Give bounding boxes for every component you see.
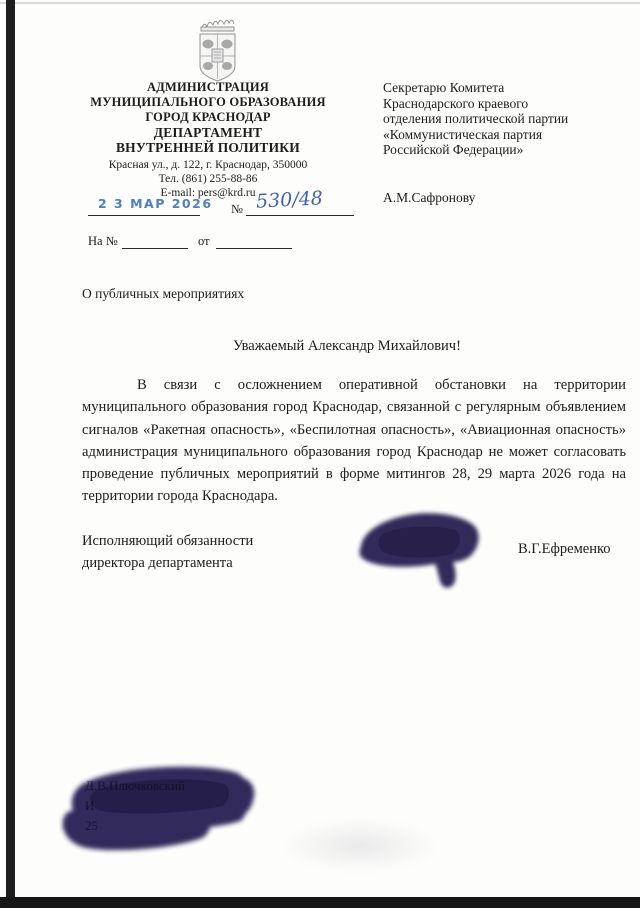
krasnodar-coat-of-arms-icon xyxy=(186,16,250,86)
org-name-line: ВНУТРЕННЕЙ ПОЛИТИКИ xyxy=(58,140,358,155)
recipient-line: отделения политической партии xyxy=(383,111,613,127)
reply-number-underline xyxy=(122,248,188,249)
signer-name: В.Г.Ефременко xyxy=(518,541,611,558)
executor-fragment: И xyxy=(85,796,255,816)
signer-position: Исполняющий обязанности директора департ… xyxy=(82,530,253,574)
reply-from-label: от xyxy=(198,234,210,249)
org-address: Красная ул., д. 122, г. Краснодар, 35000… xyxy=(58,158,358,172)
recipient-line: Краснодарского краевого xyxy=(383,96,613,112)
signer-position-line: директора департамента xyxy=(82,552,253,574)
signer-position-line: Исполняющий обязанности xyxy=(82,530,253,552)
scan-smudge xyxy=(280,818,440,873)
letter-subject: О публичных мероприятиях xyxy=(82,286,244,302)
scan-artifact-left-strip xyxy=(6,0,15,908)
executor-visible-fragments: Д.В.Плючковский И 25 xyxy=(85,776,255,836)
outgoing-ref-row: 2 3 МАР 2026 № 530/48 xyxy=(88,194,368,218)
reply-to-number-label: На № xyxy=(88,234,118,249)
org-name-line: МУНИЦИПАЛЬНОГО ОБРАЗОВАНИЯ xyxy=(58,95,358,110)
org-phone: Тел. (861) 255-88-86 xyxy=(58,172,358,186)
number-sign-label: № xyxy=(231,202,243,217)
incoming-ref-row: На № от xyxy=(88,232,368,252)
executor-phone-fragment: 25 xyxy=(85,816,255,836)
letter-body-paragraph: В связи с осложнением оперативной обстан… xyxy=(82,374,626,508)
number-underline xyxy=(246,215,354,216)
scan-artifact-top-line xyxy=(0,2,640,4)
date-underline xyxy=(88,215,200,216)
handwritten-outgoing-number: 530/48 xyxy=(255,187,323,212)
org-name-line: ДЕПАРТАМЕНТ xyxy=(58,125,358,140)
org-name-line: ГОРОД КРАСНОДАР xyxy=(58,110,358,125)
salutation: Уважаемый Александр Михайлович! xyxy=(233,338,461,355)
org-name-line: АДМИНИСТРАЦИЯ xyxy=(58,80,358,95)
scanned-letter-page: АДМИНИСТРАЦИЯ МУНИЦИПАЛЬНОГО ОБРАЗОВАНИЯ… xyxy=(0,0,640,908)
recipient-line: Российской Федерации» xyxy=(383,142,613,158)
recipient-line: «Коммунистическая партия xyxy=(383,127,613,143)
reply-date-underline xyxy=(216,248,292,249)
redacted-signature-blob xyxy=(343,504,495,600)
executor-name-fragment: Д.В.Плючковский xyxy=(85,776,255,796)
date-stamp: 2 3 МАР 2026 xyxy=(98,196,213,211)
recipient-line: Секретарю Комитета xyxy=(383,80,613,96)
letterhead-org-block: АДМИНИСТРАЦИЯ МУНИЦИПАЛЬНОГО ОБРАЗОВАНИЯ… xyxy=(58,80,358,200)
recipient-person-name: А.М.Сафронову xyxy=(383,190,475,206)
recipient-block: Секретарю Комитета Краснодарского краево… xyxy=(383,80,613,158)
scan-artifact-bottom-strip xyxy=(0,897,640,908)
